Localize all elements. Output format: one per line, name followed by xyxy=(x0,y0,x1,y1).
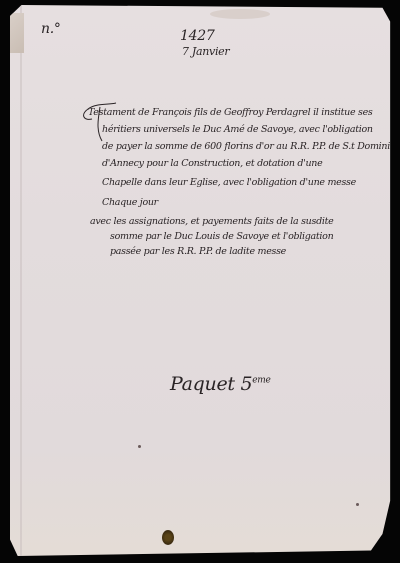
text-line-1: Testament de François fils de Geoffroy P… xyxy=(88,107,373,118)
text-line-5: Chapelle dans leur Eglise, avec l'obliga… xyxy=(102,177,356,188)
text-line-2: héritiers universels le Duc Amé de Savoy… xyxy=(102,124,373,135)
packet-superscript: eme xyxy=(252,376,270,386)
ink-speck xyxy=(356,503,359,506)
text-line-9: passée par les R.R. P.P. de ladite messe xyxy=(110,246,286,257)
packet-label: Paquet 5eme xyxy=(170,373,271,395)
text-line-3: de payer la somme de 600 florins d'or au… xyxy=(102,141,400,152)
text-line-7: avec les assignations, et payements fait… xyxy=(90,216,333,227)
manuscript-page: n.° 1427 7 Janvier Testament de François… xyxy=(10,5,394,556)
paper-stain xyxy=(210,9,270,19)
document-date: 7 Janvier xyxy=(182,45,229,58)
punch-hole xyxy=(162,530,174,545)
ink-speck xyxy=(138,445,141,448)
folded-corner xyxy=(10,13,24,53)
text-line-8: somme par le Duc Louis de Savoye et l'ob… xyxy=(110,231,333,242)
document-year: 1427 xyxy=(180,28,214,44)
reference-mark: n.° xyxy=(41,21,61,37)
text-line-4: d'Annecy pour la Construction, et dotati… xyxy=(102,158,322,169)
text-line-6: Chaque jour xyxy=(102,197,158,208)
packet-number: Paquet 5 xyxy=(170,373,252,395)
